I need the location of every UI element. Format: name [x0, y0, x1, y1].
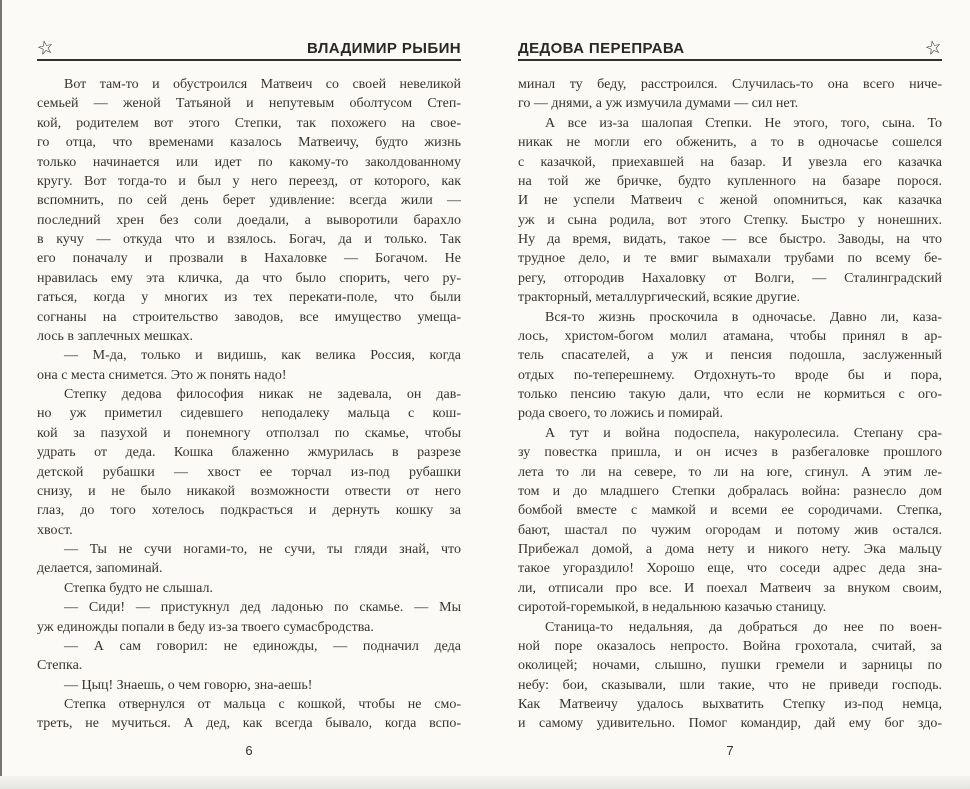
text-line: тракторный, металлургический, всякие дру… — [518, 288, 942, 307]
text-line: Степка будто не слышал. — [37, 579, 461, 598]
text-line: Степку дедова философия никак не задевал… — [37, 385, 461, 404]
text-line: трудное дело, и те вмиг вымахали трубами… — [518, 249, 942, 268]
text-line: она с места снимется. Это ж понять надо! — [37, 366, 461, 385]
text-line: регу, отгородив Нахаловку от Волги, — Ст… — [518, 269, 942, 288]
text-line: его поначалу и прозвали в Нахаловке — Бо… — [37, 249, 461, 268]
text-line: рода своего, то ложись и помирай. — [518, 404, 942, 423]
text-line: вспомнить, по сей день берет удивление: … — [37, 191, 461, 210]
text-line: минал ту беду, расстроился. Случилась-то… — [518, 75, 942, 94]
page-number-left: 6 — [37, 743, 461, 758]
text-line: и самому удивительно. Помог командир, да… — [518, 714, 942, 733]
text-line: бают, шастал по чужим огородам и потому … — [518, 521, 942, 540]
text-line: Вот там-то и обустроился Матвеич со свое… — [37, 75, 461, 94]
text-line: Станица-то недальняя, да добраться до не… — [518, 618, 942, 637]
text-line: кругу. Вот тогда-то и был у него переезд… — [37, 172, 461, 191]
text-line: Степка отвернулся от мальца с кошкой, чт… — [37, 695, 461, 714]
text-line: ли, отписали про все. И поехал Матвеич з… — [518, 579, 942, 598]
page-number-right: 7 — [518, 743, 942, 758]
text-line: — Цыц! Знаешь, о чем говорю, зна-аешь! — [37, 676, 461, 695]
page-left-text: Вот там-то и обустроился Матвеич со свое… — [37, 75, 461, 734]
text-line: сиротой-горемыкой, в недальнюю казачью с… — [518, 598, 942, 617]
text-line: лета то ли на севере, то ли на юге, сгин… — [518, 463, 942, 482]
text-line: такое угораздило! Хорошо еще, что соседи… — [518, 559, 942, 578]
text-line: семьей — женой Татьяной и непутевым обол… — [37, 94, 461, 113]
text-line: последний хрен без соли доедали, а вывор… — [37, 211, 461, 230]
text-line: никак не могли его обженить, а то в одно… — [518, 133, 942, 152]
text-line: согнаны на строительство заводов, все им… — [37, 308, 461, 327]
text-line: — А сам говорил: не единожды, — подначил… — [37, 637, 461, 656]
text-line: кой за пазухой и понемногу отползал по с… — [37, 424, 461, 443]
text-line: только пенсию такую дали, что если не ко… — [518, 385, 942, 404]
text-line: тель спасателей, а уж и пенсия подошла, … — [518, 346, 942, 365]
text-line: в кучу — откуда что и взялось. Богач, да… — [37, 230, 461, 249]
text-line: околицей; ночами, слышно, пушки гремели … — [518, 656, 942, 675]
text-line: отдых по-теперешнему. Отдохнуть-то вроде… — [518, 366, 942, 385]
running-title-author: ВЛАДИМИР РЫБИН — [307, 40, 461, 58]
text-line: уж единожды попали в беду из-за твоего с… — [37, 618, 461, 637]
text-line: — М-да, только и видишь, как велика Росс… — [37, 346, 461, 365]
text-line: го — днями, а уж измучила думами — сил н… — [518, 94, 942, 113]
text-line: том и до младшего Степки добралась война… — [518, 482, 942, 501]
text-line: только начинается или идет по какому-то … — [37, 153, 461, 172]
page-right-text: минал ту беду, расстроился. Случилась-то… — [518, 75, 942, 734]
text-line: — Сиди! — пристукнул дед ладонью по скам… — [37, 598, 461, 617]
text-line: детской рубашки — хвост ее торчал из-под… — [37, 463, 461, 482]
text-line: А тут и война подоспела, накуролесила. С… — [518, 424, 942, 443]
text-line: гаться, когда у многих из тех перекати-п… — [37, 288, 461, 307]
text-line: Ну да время, видать, такое — все быстро.… — [518, 230, 942, 249]
text-line: нравилась ему эта кличка, да что было сп… — [37, 269, 461, 288]
text-line: на той же бричке, будто купленного на ба… — [518, 172, 942, 191]
text-line: с казачкой, приехавшей на базар. И увезл… — [518, 153, 942, 172]
star-icon: ☆ — [35, 37, 56, 59]
text-line: — Ты не сучи ногами-то, не сучи, ты гляд… — [37, 540, 461, 559]
text-line: кой, родителем вот этого Степки, так пох… — [37, 114, 461, 133]
text-line: Степка. — [37, 656, 461, 675]
text-line: хвост. — [37, 521, 461, 540]
text-line: небу: бои, сказывали, шли такие, что не … — [518, 676, 942, 695]
page-left: ☆ ВЛАДИМИР РЫБИН Вот там-то и обустроилс… — [37, 30, 461, 758]
text-line: Как Матвеичу удалось выхватить Степку из… — [518, 695, 942, 714]
text-line: но уж приметил сидевшего неподалеку маль… — [37, 404, 461, 423]
text-line: го отца, что временами казалось Матвеичу… — [37, 133, 461, 152]
text-line: И не успели Матвеич с женой опомниться, … — [518, 191, 942, 210]
text-line: уж и сына родила, вот этого Степку. Быст… — [518, 211, 942, 230]
text-line: лось, христом-богом молил атамана, чтобы… — [518, 327, 942, 346]
running-title-book: ДЕДОВА ПЕРЕПРАВА — [518, 40, 685, 58]
text-line: зу повестка пришла, и он исчез в разбега… — [518, 443, 942, 462]
text-line: Вся-то жизнь проскочила в одночасье. Дав… — [518, 308, 942, 327]
text-line: Прибежал домой, а дома нету и никого нет… — [518, 540, 942, 559]
text-line: глаз, до того хотелось подкрасться и дер… — [37, 501, 461, 520]
page-left-header: ☆ ВЛАДИМИР РЫБИН — [37, 30, 461, 61]
star-icon: ☆ — [923, 37, 944, 59]
text-line: снизу, и не было никакой возможности отв… — [37, 482, 461, 501]
page-right-header: ДЕДОВА ПЕРЕПРАВА ☆ — [518, 30, 942, 61]
scan-edge-left — [0, 0, 2, 789]
text-line: ной поре оказалось непросто. Война грохо… — [518, 637, 942, 656]
text-line: делается, запоминай. — [37, 559, 461, 578]
text-line: А все из-за шалопая Степки. Не этого, то… — [518, 114, 942, 133]
text-line: удрать от деда. Кошка блаженно жмурилась… — [37, 443, 461, 462]
scan-edge-bottom — [0, 776, 970, 789]
text-line: треть, не мучиться. А дед, как всегда бы… — [37, 714, 461, 733]
text-line: лось в заплечных мешках. — [37, 327, 461, 346]
text-line: бомбой вместе с мамкой и всеми ее сороди… — [518, 501, 942, 520]
page-right: ДЕДОВА ПЕРЕПРАВА ☆ минал ту беду, расстр… — [518, 30, 942, 758]
